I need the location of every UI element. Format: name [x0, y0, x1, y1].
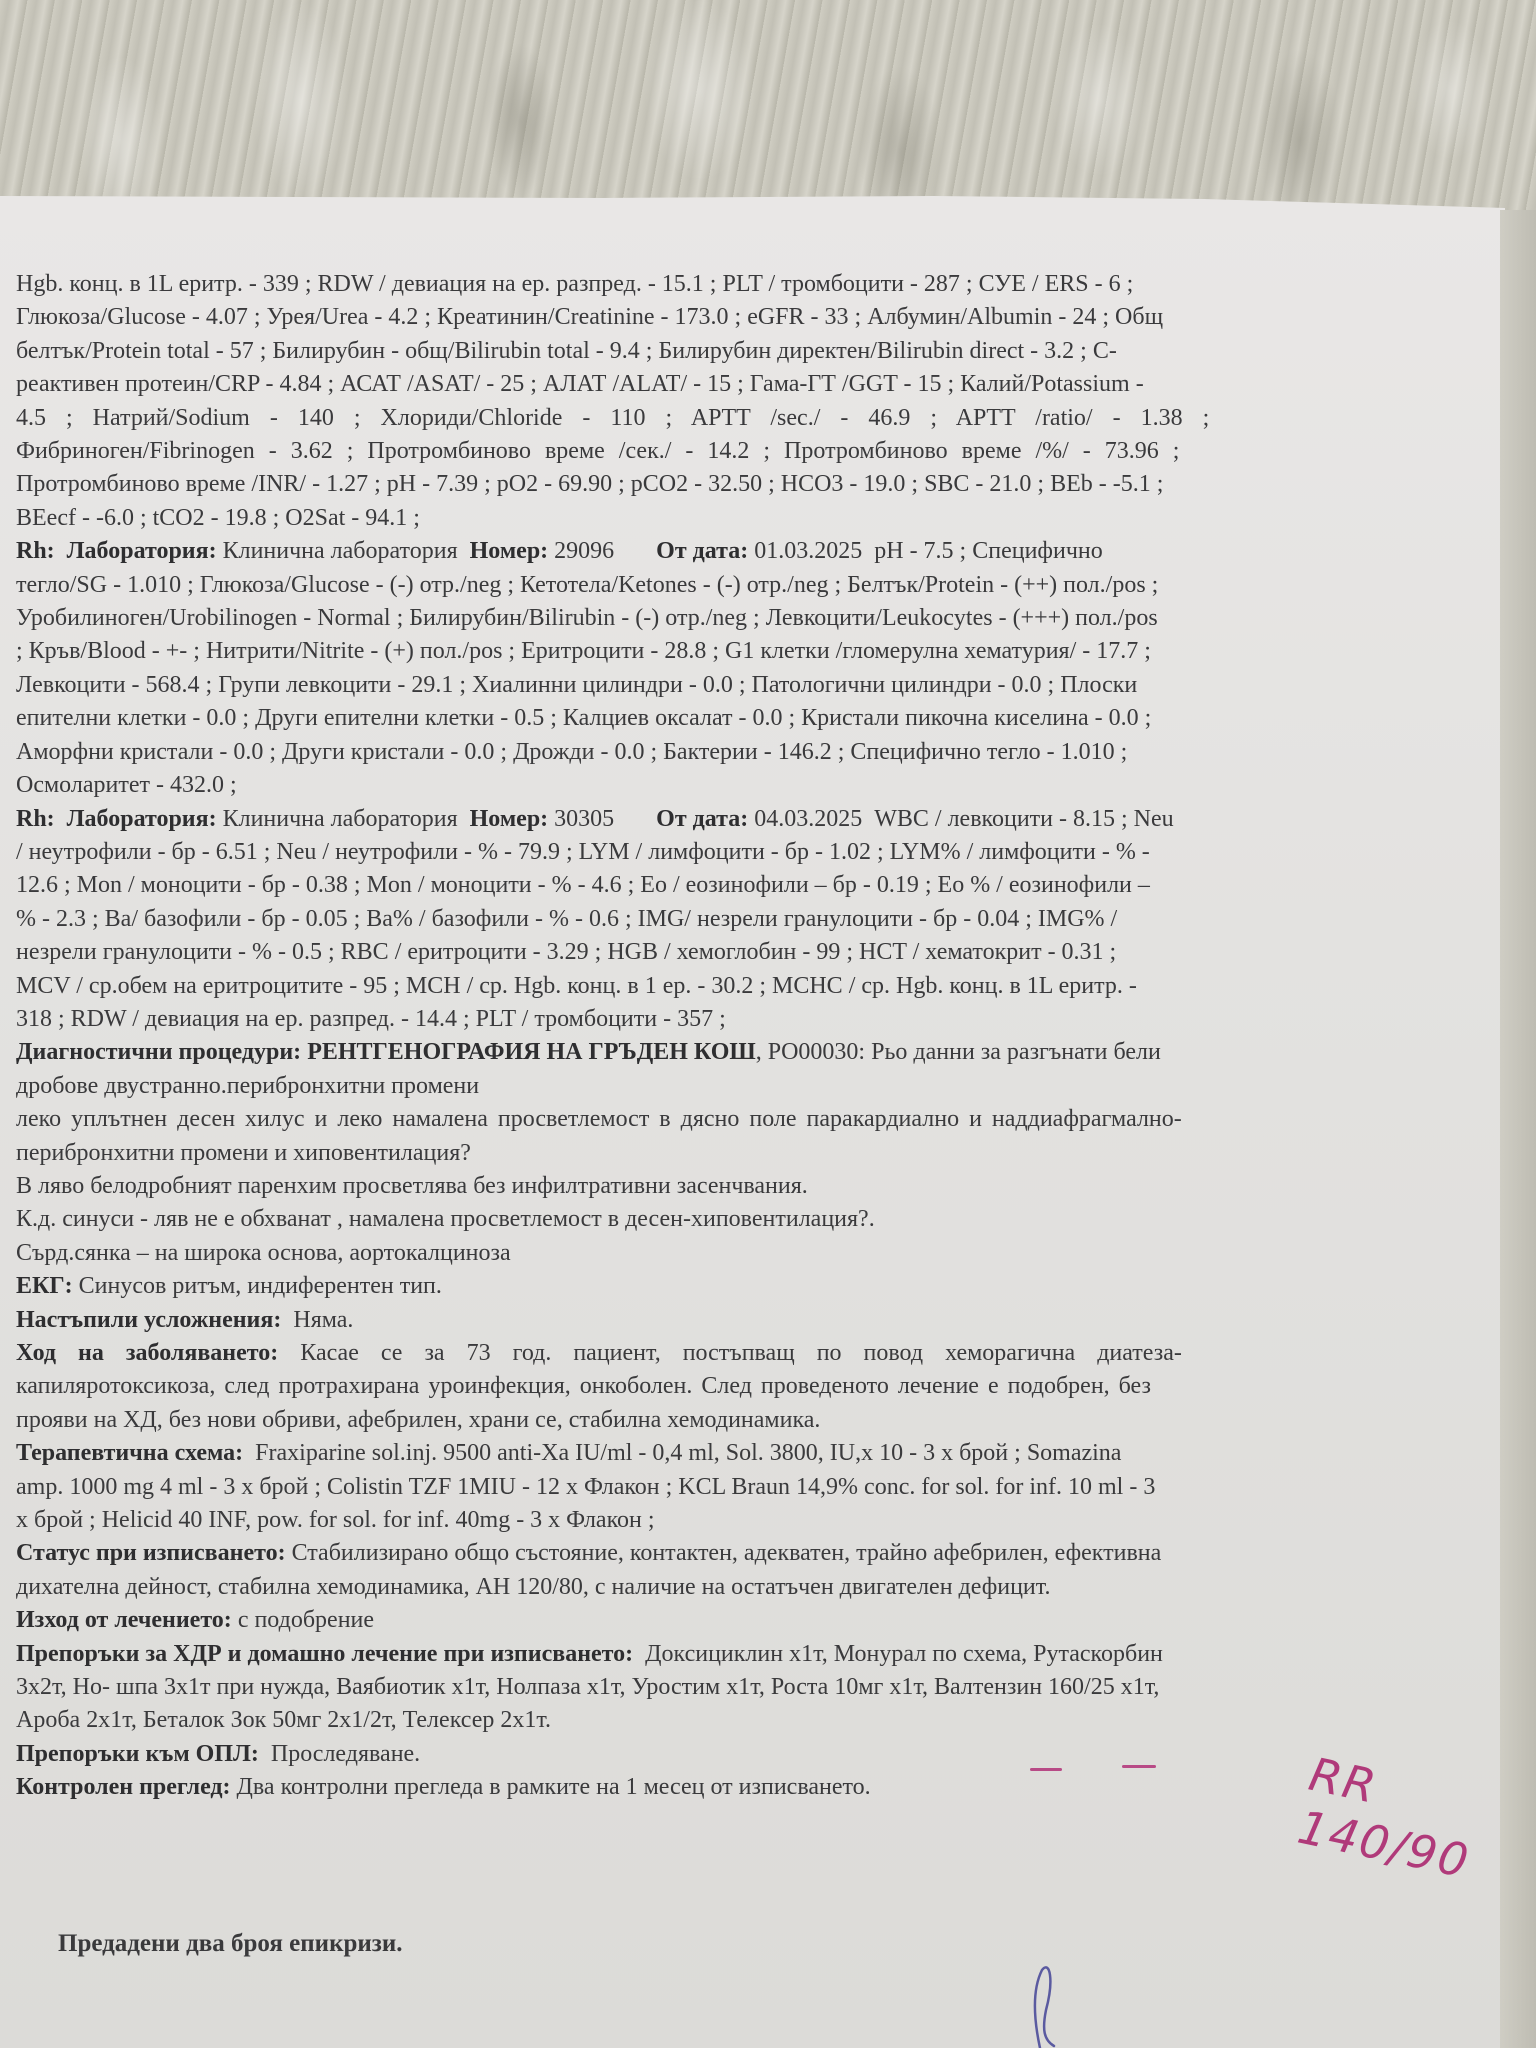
text-line: Hgb. конц. в 1L еритр. - 339 ; RDW / дев… — [16, 268, 1506, 301]
text-line: перибронхитни промени и хиповентилация? — [16, 1137, 1506, 1170]
number-value: 29096 — [554, 538, 614, 564]
text-line: Ароба 2х1т, Беталок Зок 50мг 2х1/2т, Тел… — [16, 1704, 1506, 1737]
text-line: Осмоларитет - 432.0 ; — [16, 769, 1506, 802]
lab-label: Лаборатория: — [67, 806, 217, 832]
section-value: Доксициклин х1т, Монурал по схема, Рутас… — [645, 1641, 1163, 1667]
section-value: Касае се за 73 год. пациент, постъпващ п… — [300, 1340, 1182, 1366]
number-value: 30305 — [554, 806, 614, 832]
pen-underline-mark — [1122, 1765, 1156, 1768]
section-label: Статус при изписването: — [16, 1540, 286, 1566]
section-label: Терапевтична схема: — [16, 1440, 243, 1466]
text-line: дихателна дейност, стабилна хемодинамика… — [16, 1571, 1506, 1604]
section-value: Синусов ритъм, индиферентен тип. — [79, 1273, 442, 1299]
text-line: тегло/SG - 1.010 ; Глюкоза/Glucose - (-)… — [16, 569, 1506, 602]
section-label: Изход от лечението: — [16, 1607, 232, 1633]
section-value: Няма. — [293, 1307, 353, 1333]
text-line: MCV / ср.обем на еритроцитите - 95 ; MCH… — [16, 970, 1506, 1003]
text-line: BEecf - -6.0 ; tCO2 - 19.8 ; O2Sat - 94.… — [16, 502, 1506, 535]
section-label: ЕКГ: — [16, 1273, 73, 1299]
complications-section: Настъпили усложнения: Няма. — [16, 1304, 1506, 1337]
text-line: дробове двустранно.перибронхитни промени — [16, 1070, 1506, 1103]
followup-section: Контролен преглед: Два контролни преглед… — [16, 1771, 1506, 1804]
text-line: В ляво белодробният паренхим просветлява… — [16, 1170, 1506, 1203]
text-line: Статус при изписването: Стабилизирано об… — [16, 1537, 1506, 1570]
section-value: Fraxiparine sol.inj. 9500 anti-Xa IU/ml … — [255, 1440, 1121, 1466]
text-line: К.д. синуси - ляв не е обхванат , намале… — [16, 1203, 1506, 1236]
outcome-section: Изход от лечението: с подобрение — [16, 1604, 1506, 1637]
text-line: Фибриноген/Fibrinogen - 3.62 ; Протромби… — [16, 435, 1506, 468]
procedure-name: РЕНТГЕНОГРАФИЯ НА ГРЪДЕН КОШ — [307, 1039, 756, 1065]
pen-underline-mark — [1030, 1768, 1062, 1771]
text-line: 12.6 ; Mon / моноцити - бр - 0.38 ; Mon … — [16, 869, 1506, 902]
disease-course-section: Ход на заболяването: Касае се за 73 год.… — [16, 1337, 1506, 1437]
text-line: 318 ; RDW / девиация на ер. разпред. - 1… — [16, 1003, 1506, 1036]
gp-recommendations-section: Препоръки към ОПЛ: Проследяване. — [16, 1738, 1506, 1771]
therapy-section: Терапевтична схема: Fraxiparine sol.inj.… — [16, 1437, 1506, 1537]
text-line: прояви на ХД, без нови обриви, афебрилен… — [16, 1404, 1506, 1437]
section-label: Диагностични процедури: — [16, 1039, 301, 1065]
section-value: с подобрение — [238, 1607, 374, 1633]
text-line: amp. 1000 mg 4 ml - 3 x брой ; Colistin … — [16, 1471, 1506, 1504]
text-line: Терапевтична схема: Fraxiparine sol.inj.… — [16, 1437, 1506, 1470]
lab-header: Rh: Лаборатория: Клинична лаборатория Но… — [16, 535, 1506, 568]
section-label: Настъпили усложнения: — [16, 1307, 281, 1333]
text-line: реактивен протеин/CRP - 4.84 ; АСАТ /ASA… — [16, 368, 1506, 401]
text-line: капиляротоксикоза, след протрахирана уро… — [16, 1370, 1506, 1403]
text-line: x брой ; Helicid 40 INF, pow. for sol. f… — [16, 1504, 1506, 1537]
text-line: белтък/Protein total - 57 ; Билирубин - … — [16, 335, 1506, 368]
text-line: 3х2т, Но- шпа 3х1т при нужда, Ваябиотик … — [16, 1671, 1506, 1704]
home-recommendations-section: Препоръки за ХДР и домашно лечение при и… — [16, 1638, 1506, 1738]
section-label: Препоръки към ОПЛ: — [16, 1741, 259, 1767]
number-label: Номер: — [470, 806, 549, 832]
text-line: леко уплътнен десен хилус и леко намален… — [16, 1103, 1506, 1136]
signature-icon — [1020, 1960, 1100, 2048]
text-line: % - 2.3 ; Ba/ базофили - бр - 0.05 ; Ba%… — [16, 903, 1506, 936]
date-label: От дата: — [656, 806, 748, 832]
text-line: 4.5 ; Натрий/Sodium - 140 ; Хлориди/Chlo… — [16, 402, 1506, 435]
date-value: 04.03.2025 — [754, 806, 862, 832]
rh-label: Rh: — [16, 806, 55, 832]
text-line: Сърд.сянка – на широка основа, аортокалц… — [16, 1237, 1506, 1270]
discharge-status-section: Статус при изписването: Стабилизирано об… — [16, 1537, 1506, 1604]
blood-count-lab-section: Rh: Лаборатория: Клинична лаборатория Но… — [16, 803, 1506, 1037]
section-label: Контролен преглед: — [16, 1774, 231, 1800]
rh-label: Rh: — [16, 538, 55, 564]
text-line: Аморфни кристали - 0.0 ; Други кристали … — [16, 736, 1506, 769]
text-line: / неутрофили - бр - 6.51 ; Neu / неутроф… — [16, 836, 1506, 869]
text-line: епителни клетки - 0.0 ; Други епителни к… — [16, 702, 1506, 735]
section-value: Проследяване. — [271, 1741, 420, 1767]
diagnostics-header: Диагностични процедури: РЕНТГЕНОГРАФИЯ Н… — [16, 1036, 1506, 1069]
text-line: Уробилиноген/Urobilinogen - Normal ; Бил… — [16, 602, 1506, 635]
number-label: Номер: — [470, 538, 549, 564]
text-line: Препоръки за ХДР и домашно лечение при и… — [16, 1638, 1506, 1671]
lab-results: WBC / левкоцити - 8.15 ; Neu — [874, 806, 1173, 832]
lab-label: Лаборатория: — [67, 538, 217, 564]
lab-header: Rh: Лаборатория: Клинична лаборатория Но… — [16, 803, 1506, 836]
lab-value: Клинична лаборатория — [223, 806, 458, 832]
footer-note: Предадени два броя епикризи. — [58, 1930, 402, 1958]
text-line: ; Кръв/Blood - +- ; Нитрити/Nitrite - (+… — [16, 635, 1506, 668]
urine-lab-section: Rh: Лаборатория: Клинична лаборатория Но… — [16, 535, 1506, 802]
ekg-section: ЕКГ: Синусов ритъм, индиферентен тип. — [16, 1270, 1506, 1303]
text-line: Ход на заболяването: Касае се за 73 год.… — [16, 1337, 1506, 1370]
section-value: Стабилизирано общо състояние, контактен,… — [292, 1540, 1162, 1566]
section-label: Ход на заболяването: — [16, 1340, 278, 1366]
text-line: незрели гранулоцити - % - 0.5 ; RBC / ер… — [16, 936, 1506, 969]
section-label: Препоръки за ХДР и домашно лечение при и… — [16, 1641, 633, 1667]
date-value: 01.03.2025 — [754, 538, 862, 564]
section-value: Два контролни прегледа в рамките на 1 ме… — [237, 1774, 871, 1800]
date-label: От дата: — [656, 538, 748, 564]
text-line: Протромбиново време /INR/ - 1.27 ; pH - … — [16, 468, 1506, 501]
blood-chemistry-section: Hgb. конц. в 1L еритр. - 339 ; RDW / дев… — [16, 268, 1506, 535]
text-line: Левкоцити - 568.4 ; Групи левкоцити - 29… — [16, 669, 1506, 702]
discharge-summary: Hgb. конц. в 1L еритр. - 339 ; RDW / дев… — [16, 268, 1506, 1805]
diagnostics-section: Диагностични процедури: РЕНТГЕНОГРАФИЯ Н… — [16, 1036, 1506, 1270]
lab-value: Клинична лаборатория — [223, 538, 458, 564]
text-line: Глюкоза/Glucose - 4.07 ; Урея/Urea - 4.2… — [16, 301, 1506, 334]
procedure-code: , PO00030: Рьо данни за разгънати бели — [756, 1039, 1161, 1065]
lab-results: pH - 7.5 ; Специфично — [874, 538, 1103, 564]
